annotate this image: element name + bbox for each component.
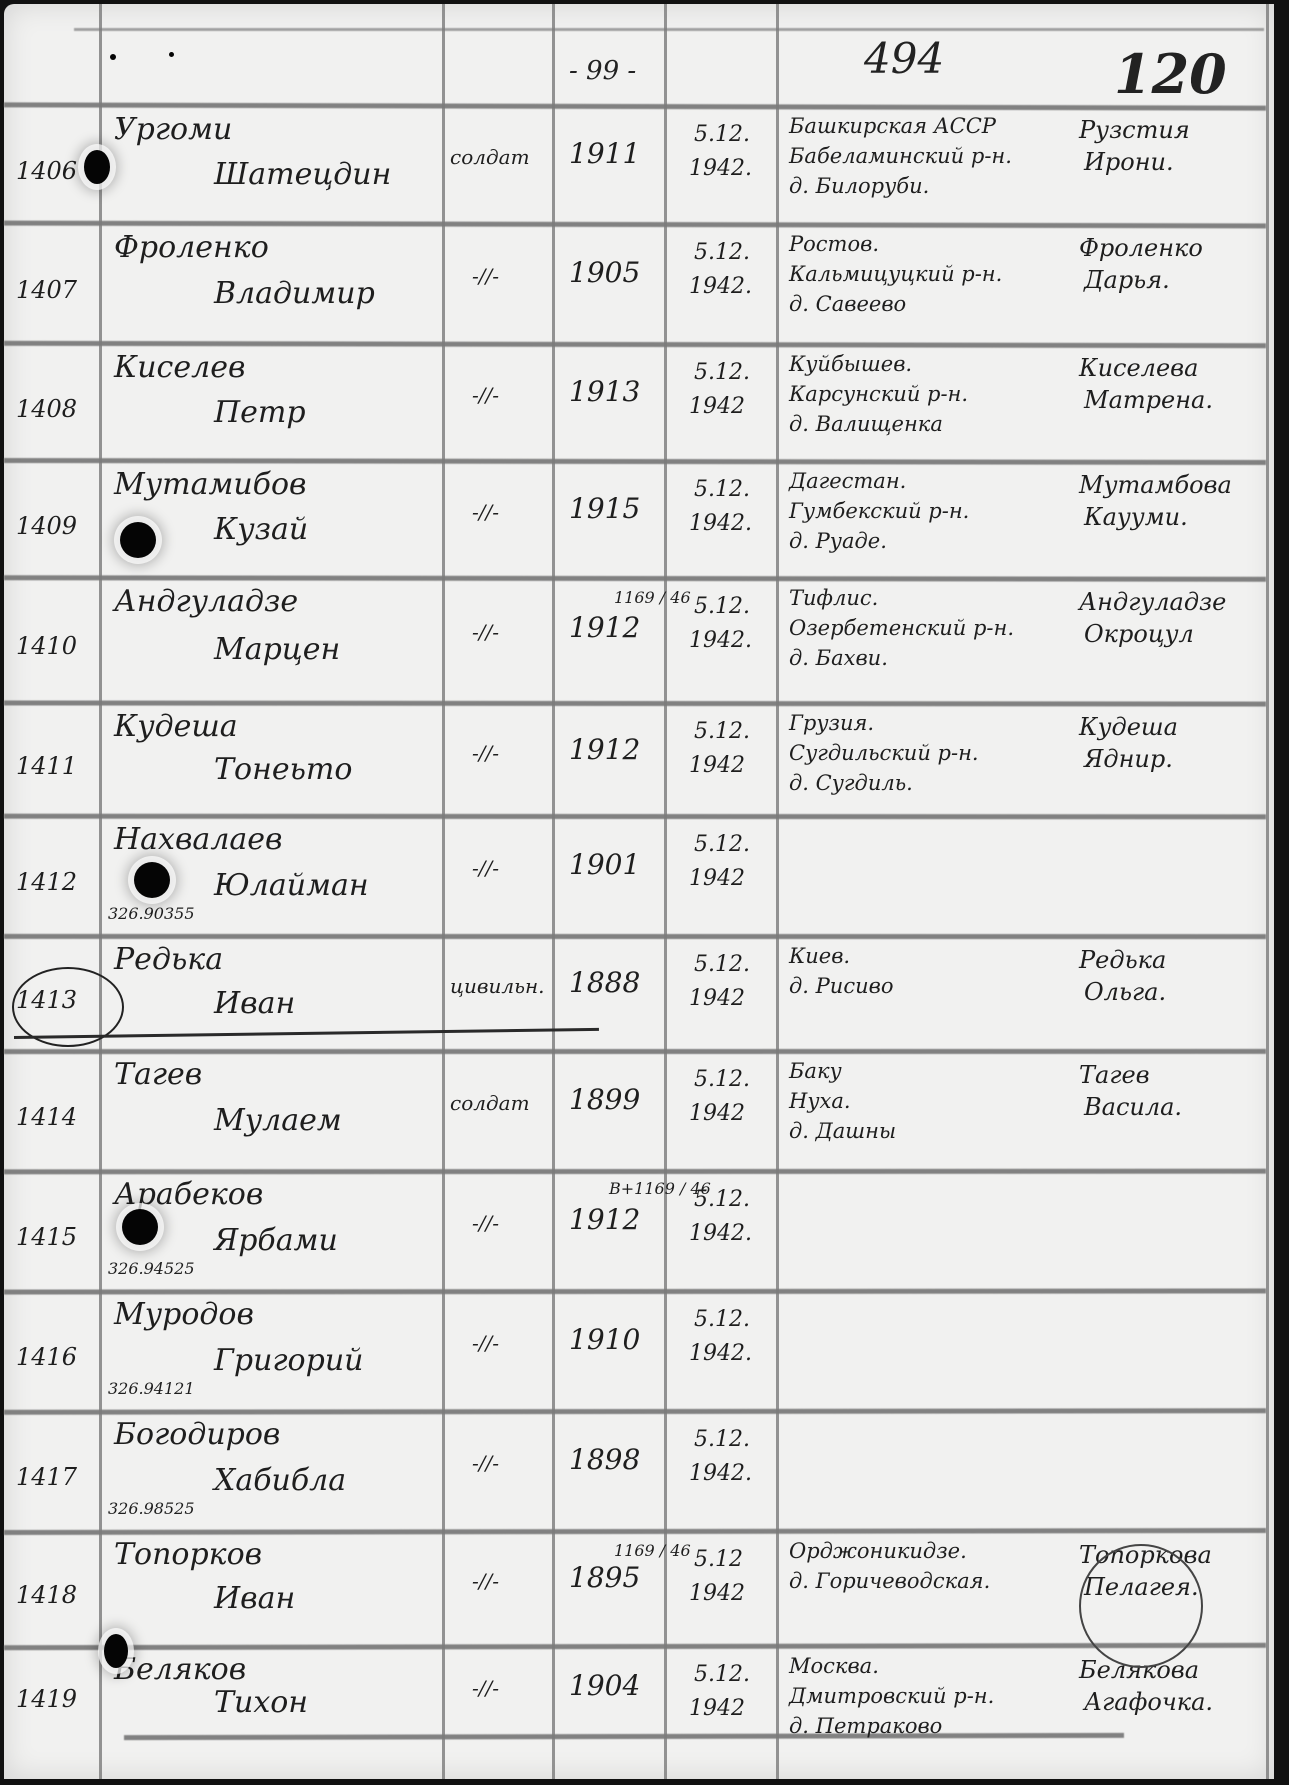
- relative-surname: Киселева: [1079, 352, 1198, 384]
- given-name: Юлайман: [214, 868, 369, 903]
- address-line-1: Куйбышев.: [789, 350, 912, 378]
- address-line-3: д. Руаде.: [789, 527, 887, 555]
- address-line-2: Нуха.: [789, 1087, 851, 1115]
- registry-annotation: 326.94525: [108, 1259, 195, 1278]
- relative-name: Агафочка.: [1084, 1686, 1213, 1718]
- given-name: Тонеьто: [214, 752, 352, 787]
- address-line-2: Карсунский р-н.: [789, 380, 968, 408]
- birth-year: 1913: [569, 375, 640, 408]
- date-day: 5.12.: [694, 590, 750, 624]
- registry-annotation: 326.98525: [108, 1499, 195, 1518]
- birth-year: 1910: [569, 1323, 640, 1356]
- address-line-1: Дагестан.: [789, 467, 906, 495]
- relative-name: Окроцул: [1084, 618, 1194, 650]
- surname: Фроленко: [114, 230, 269, 265]
- address-line-2: Бабеламинский р-н.: [789, 142, 1012, 170]
- punch-dot: [169, 52, 174, 57]
- relative-name: Каууми.: [1084, 501, 1188, 533]
- address-line-3: д. Сугдиль.: [789, 769, 913, 797]
- address-line-1: Орджоникидзе.: [789, 1537, 967, 1565]
- date-day: 5.12.: [694, 828, 750, 862]
- address-line-2: Сугдильский р-н.: [789, 739, 979, 767]
- birth-year: 1912: [569, 1203, 640, 1236]
- address-line-3: д. Билоруби.: [789, 172, 929, 200]
- registry-annotation: 326.90355: [108, 904, 195, 923]
- rank: -//-: [472, 1451, 499, 1475]
- date-day: 5.12.: [694, 715, 750, 749]
- given-name: Иван: [214, 1581, 295, 1616]
- birth-year: 1912: [569, 733, 640, 766]
- surname: Андгуладзе: [114, 584, 298, 619]
- punch-hole: [104, 1634, 128, 1668]
- entry-number: 1409: [16, 512, 77, 540]
- entry-number: 1414: [16, 1103, 77, 1131]
- date-day: 5.12: [694, 1543, 743, 1577]
- surname: Киселев: [114, 350, 245, 385]
- punch-hole: [84, 150, 110, 184]
- rank: -//-: [472, 500, 499, 524]
- registry-annotation: 326.94121: [108, 1379, 195, 1398]
- address-line-2: Кальмицуцкий р-н.: [789, 260, 1002, 288]
- surname: Тагев: [114, 1057, 202, 1092]
- birth-year: 1911: [569, 137, 640, 170]
- surname: Арабеков: [114, 1177, 263, 1212]
- margin-annotation: 1169 / 46: [614, 1541, 691, 1560]
- surname: Топорков: [114, 1537, 262, 1572]
- address-line-3: д. Бахви.: [789, 644, 888, 672]
- surname: Беляков: [114, 1652, 246, 1687]
- address-line-2: Гумбекский р-н.: [789, 497, 969, 525]
- grid-line: [74, 28, 1264, 31]
- relative-surname: Мутамбова: [1079, 469, 1232, 501]
- given-name: Марцен: [214, 632, 340, 667]
- date-year: 1942.: [689, 270, 752, 304]
- address-line-1: Ростов.: [789, 230, 879, 258]
- address-line-2: Озербетенский р-н.: [789, 614, 1014, 642]
- date-year: 1942: [689, 1577, 745, 1611]
- given-name: Петр: [214, 395, 306, 430]
- date-day: 5.12.: [694, 1303, 750, 1337]
- date-year: 1942.: [689, 1337, 752, 1371]
- relative-name: Ирони.: [1084, 146, 1174, 178]
- address-line-1: Грузия.: [789, 709, 874, 737]
- given-name: Хабибла: [214, 1463, 346, 1498]
- date-year: 1942.: [689, 624, 752, 658]
- entry-number: 1412: [16, 868, 77, 896]
- surname: Мутамибов: [114, 467, 306, 502]
- address-line-1: Тифлис.: [789, 584, 878, 612]
- page-marker: - 99 -: [569, 56, 636, 86]
- relative-surname: Фроленко: [1079, 232, 1203, 264]
- birth-year: 1905: [569, 256, 640, 289]
- date-year: 1942: [689, 982, 745, 1016]
- entry-number: 1415: [16, 1223, 77, 1251]
- punch-dot: [110, 54, 116, 60]
- relative-surname: Редька: [1079, 944, 1166, 976]
- birth-year: 1912: [569, 611, 640, 644]
- grid-line: [1266, 4, 1269, 1779]
- date-year: 1942.: [689, 507, 752, 541]
- date-day: 5.12.: [694, 948, 750, 982]
- rank: цивильн.: [450, 974, 545, 998]
- entry-number: 1417: [16, 1463, 77, 1491]
- margin-annotation: 1169 / 46: [614, 588, 691, 607]
- date-day: 5.12.: [694, 1063, 750, 1097]
- relative-name: Ольга.: [1084, 976, 1166, 1008]
- archive-number: 494: [864, 34, 944, 83]
- date-day: 5.12.: [694, 356, 750, 390]
- address-line-3: д. Валищенка: [789, 410, 943, 438]
- entry-number: 1406: [16, 157, 77, 185]
- given-name: Кузай: [214, 512, 308, 547]
- punch-hole: [122, 1209, 158, 1245]
- surname: Нахвалаев: [114, 822, 283, 857]
- birth-year: 1901: [569, 848, 640, 881]
- rank: -//-: [472, 1676, 499, 1700]
- entry-number: 1416: [16, 1343, 77, 1371]
- date-day: 5.12.: [694, 473, 750, 507]
- entry-number: 1411: [16, 752, 77, 780]
- given-name: Григорий: [214, 1343, 363, 1378]
- given-name: Ярбами: [214, 1223, 338, 1258]
- birth-year: 1904: [569, 1669, 640, 1702]
- date-year: 1942: [689, 862, 745, 896]
- date-day: 5.12.: [694, 1423, 750, 1457]
- address-line-1: Москва.: [789, 1652, 879, 1680]
- rank: солдат: [450, 145, 530, 169]
- date-year: 1942: [689, 390, 745, 424]
- date-year: 1942.: [689, 1457, 752, 1491]
- relative-name: Дарья.: [1084, 264, 1170, 296]
- address-line-2: д. Рисиво: [789, 972, 893, 1000]
- relative-surname: Рузстия: [1079, 114, 1190, 146]
- relative-name: Матрена.: [1084, 384, 1213, 416]
- date-year: 1942.: [689, 1217, 752, 1251]
- surname: Кудеша: [114, 709, 238, 744]
- punch-hole: [120, 522, 156, 558]
- birth-year: 1898: [569, 1443, 640, 1476]
- date-year: 1942: [689, 749, 745, 783]
- address-line-2: д. Горичеводская.: [789, 1567, 990, 1595]
- entry-number: 1408: [16, 395, 77, 423]
- address-line-1: Баку: [789, 1057, 842, 1085]
- relative-name: Яднир.: [1084, 743, 1173, 775]
- given-name: Тихон: [214, 1685, 308, 1720]
- address-line-2: Дмитровский р-н.: [789, 1682, 994, 1710]
- margin-annotation: В+1169 / 46: [609, 1179, 711, 1198]
- address-line-3: д. Савеево: [789, 290, 906, 318]
- address-line-1: Киев.: [789, 942, 850, 970]
- address-line-3: д. Петраково: [789, 1712, 942, 1740]
- rank: -//-: [472, 1211, 499, 1235]
- given-name: Мулаем: [214, 1103, 342, 1138]
- surname: Редька: [114, 942, 223, 977]
- rank: -//-: [472, 1569, 499, 1593]
- surname: Ургоми: [114, 112, 232, 147]
- relative-surname: Кудеша: [1079, 711, 1178, 743]
- address-line-3: д. Дашны: [789, 1117, 896, 1145]
- relative-surname: Андгуладзе: [1079, 586, 1226, 618]
- entry-number: 1410: [16, 632, 77, 660]
- birth-year: 1895: [569, 1561, 640, 1594]
- rank: -//-: [472, 741, 499, 765]
- surname: Муродов: [114, 1297, 254, 1332]
- date-day: 5.12.: [694, 236, 750, 270]
- punch-hole: [134, 862, 170, 898]
- date-year: 1942.: [689, 152, 752, 186]
- rank: -//-: [472, 856, 499, 880]
- date-year: 1942: [689, 1692, 745, 1726]
- rank: солдат: [450, 1091, 530, 1115]
- given-name: Шатецдин: [214, 157, 391, 192]
- rank: -//-: [472, 264, 499, 288]
- entry-number: 1407: [16, 276, 77, 304]
- rank: -//-: [472, 1331, 499, 1355]
- birth-year: 1915: [569, 492, 640, 525]
- surname: Богодиров: [114, 1417, 280, 1452]
- birth-year: 1899: [569, 1083, 640, 1116]
- rank: -//-: [472, 383, 499, 407]
- relative-name: Васила.: [1084, 1091, 1182, 1123]
- address-line-1: Башкирская АССР: [789, 112, 996, 140]
- birth-year: 1888: [569, 966, 640, 999]
- sheet-number: 120: [1114, 42, 1227, 106]
- given-name: Иван: [214, 986, 295, 1021]
- date-day: 5.12.: [694, 1658, 750, 1692]
- date-year: 1942: [689, 1097, 745, 1131]
- entry-number: 1418: [16, 1581, 77, 1609]
- document-page: - 99 - 494 120 1406УргомиШатецдинсолдат1…: [4, 4, 1274, 1779]
- date-day: 5.12.: [694, 118, 750, 152]
- stamp-circle: [1079, 1544, 1203, 1668]
- relative-surname: Тагев: [1079, 1059, 1150, 1091]
- entry-number: 1419: [16, 1685, 77, 1713]
- given-name: Владимир: [214, 276, 375, 311]
- rank: -//-: [472, 620, 499, 644]
